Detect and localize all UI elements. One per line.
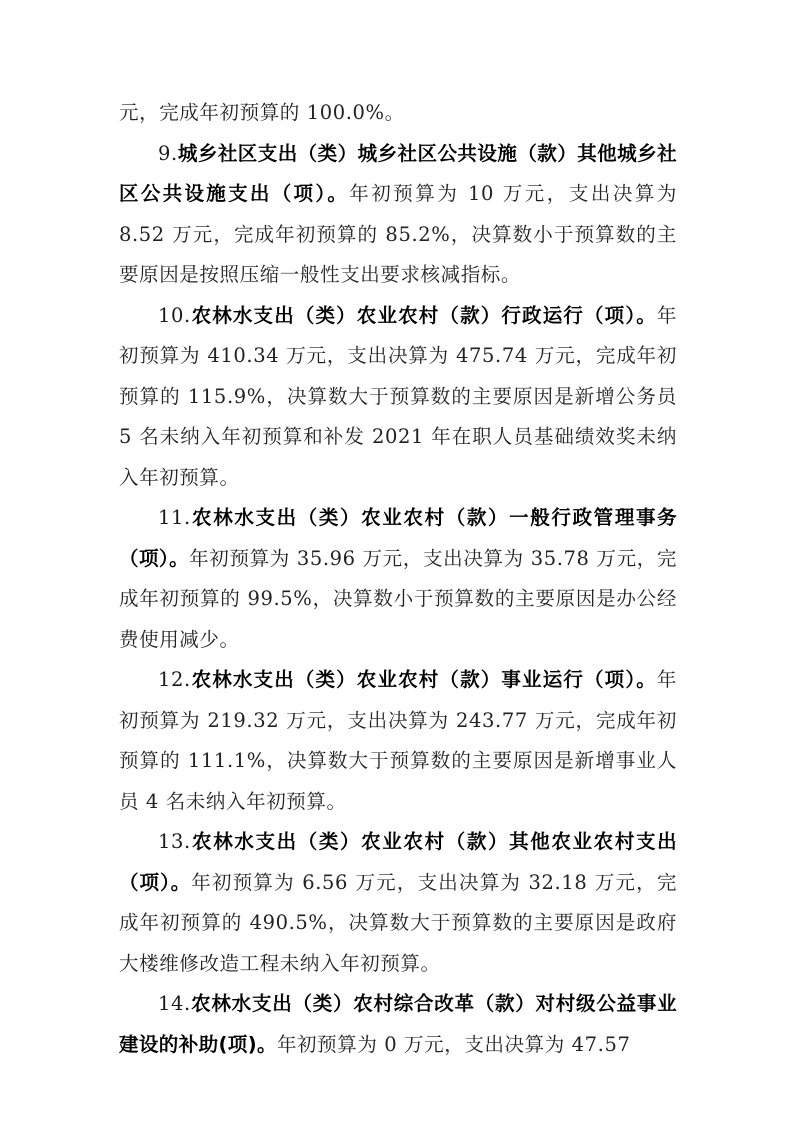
item-heading: 农林水支出（类）农业农村（款）行政运行（项）。 <box>191 304 657 327</box>
paragraph-continuation: 元，完成年初预算的 100.0%。 <box>119 93 677 134</box>
paragraph-item-11: 11.农林水支出（类）农业农村（款）一般行政管理事务（项）。年初预算为 35.9… <box>119 498 677 660</box>
paragraph-item-10: 10.农林水支出（类）农业农村（款）行政运行（项）。年初预算为 410.34 万… <box>119 296 677 499</box>
paragraph-item-14: 14.农林水支出（类）农村综合改革（款）对村级公益事业建设的补助(项)。年初预算… <box>119 984 677 1065</box>
item-number: 12. <box>158 668 191 691</box>
paragraph-item-9: 9.城乡社区支出（类）城乡社区公共设施（款）其他城乡社区公共设施支出（项）。年初… <box>119 134 677 296</box>
item-number: 11. <box>158 506 191 529</box>
item-heading: 农林水支出（类）农业农村（款）事业运行（项）。 <box>191 668 657 691</box>
item-body: 年初预算为 35.96 万元，支出决算为 35.78 万元，完成年初预算的 99… <box>119 547 677 651</box>
document-page: 元，完成年初预算的 100.0%。 9.城乡社区支出（类）城乡社区公共设施（款）… <box>119 93 677 1065</box>
item-number: 9. <box>158 142 178 165</box>
paragraph-item-13: 13.农林水支出（类）农业农村（款）其他农业农村支出（项）。年初预算为 6.56… <box>119 822 677 984</box>
item-body: 年初预算为 0 万元，支出决算为 47.57 <box>277 1033 631 1056</box>
item-number: 13. <box>158 830 191 853</box>
paragraph-item-12: 12.农林水支出（类）农业农村（款）事业运行（项）。年初预算为 219.32 万… <box>119 660 677 822</box>
item-body: 年初预算为 6.56 万元，支出决算为 32.18 万元，完成年初预算的 490… <box>119 871 677 975</box>
item-number: 10. <box>158 304 191 327</box>
paragraph-body: 元，完成年初预算的 100.0%。 <box>119 101 405 124</box>
item-number: 14. <box>158 992 191 1015</box>
item-body: 年初预算为 410.34 万元，支出决算为 475.74 万元，完成年初预算的 … <box>119 304 677 489</box>
